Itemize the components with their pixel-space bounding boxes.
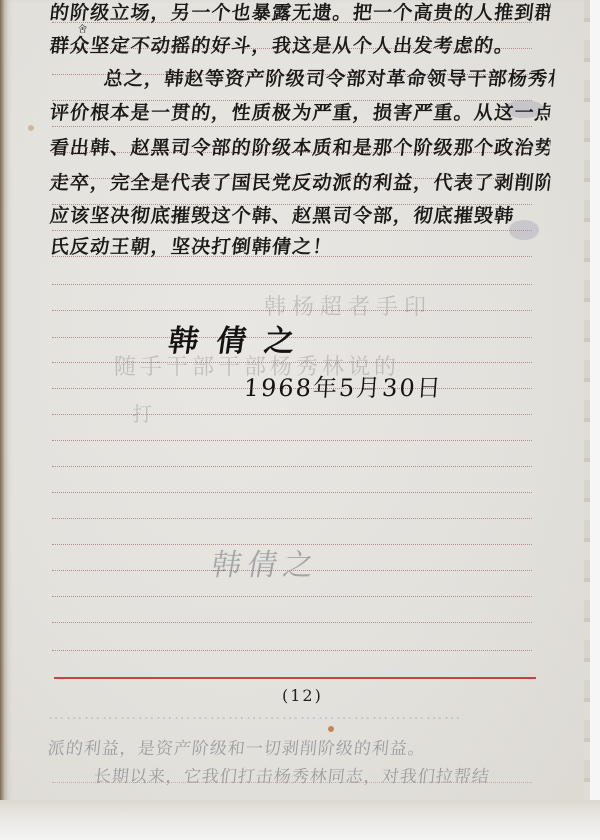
body-line-3: 总之，韩赵等资产阶级司令部对革命领导干部杨秀林的 <box>103 64 556 91</box>
ruled-line <box>52 466 532 467</box>
ruled-line <box>52 596 532 597</box>
rust-spot <box>328 726 334 732</box>
pencil-signature: 韩倩之 <box>208 540 324 584</box>
body-line-7: 应该坚决彻底摧毁这个韩、赵黑司令部，彻底摧毁韩 <box>49 201 552 228</box>
body-line-6: 走卒，完全是代表了国民党反动派的利益，代表了剥削阶级的利益。 <box>49 168 552 195</box>
show-through-line-1: …………………………………………………………… <box>47 704 529 724</box>
ruled-line <box>52 230 532 231</box>
signature: 韩倩之 <box>166 316 316 360</box>
ruled-line <box>52 518 532 519</box>
torn-bottom-edge <box>0 800 600 840</box>
body-line-8: 氏反动王朝，坚决打倒韩倩之！ <box>49 232 552 259</box>
ruled-line <box>52 284 532 285</box>
body-line-1: 的阶级立场，另一个也暴露无遗。把一个高贵的人推到群众中，才叫 <box>49 0 552 25</box>
bottom-red-rule <box>54 677 536 679</box>
manuscript-page: 韩杨超者手印 随手干部干部杨秀林说的 打 的阶级立场，另一个也暴露无遗。把一个高… <box>4 0 589 828</box>
torn-right-edge <box>588 0 600 840</box>
ruled-line <box>52 622 532 623</box>
ruled-line <box>52 492 532 493</box>
body-line-4: 评价根本是一贯的，性质极为严重，损害严重。从这一点可以 <box>49 98 552 125</box>
show-through-rule <box>52 782 532 783</box>
show-through-line-3: 长期以来，它我们打击杨秀林同志，对我们拉帮结 <box>93 762 556 787</box>
ruled-line <box>52 650 532 651</box>
ghost-text-lower: 打 <box>132 398 152 427</box>
rust-spot <box>28 125 34 131</box>
page-number: (12) <box>282 686 323 705</box>
signature-date: 1968年5月30日 <box>243 368 444 403</box>
ruled-line <box>52 440 532 441</box>
body-line-5: 看出韩、赵黑司令部的阶级本质和是那个阶级那个政治势力的 <box>49 133 552 160</box>
ruled-line <box>52 414 532 415</box>
ruled-line <box>52 126 532 127</box>
show-through-line-2: 派的利益，是资产阶级和一切剥削阶级的利益。 <box>47 734 550 759</box>
body-line-2: 群众坚定不动摇的好斗，我这是从个人出发考虑的。 <box>49 31 552 58</box>
